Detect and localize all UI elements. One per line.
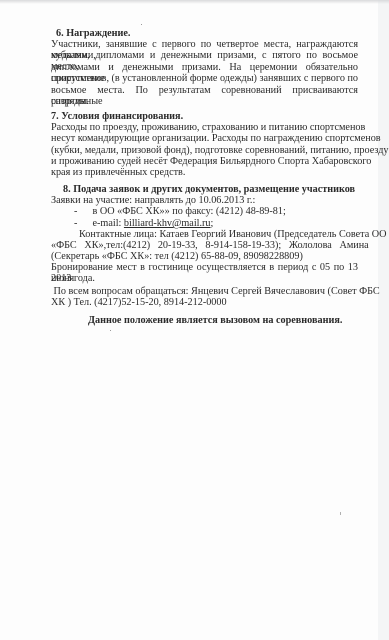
scan-speck — [340, 512, 341, 515]
section-7-line: несут командирующие организации. Расходы… — [51, 133, 381, 144]
questions-line: ХК ) Тел. (4217)52-15-20, 8914-212-0000 — [51, 297, 227, 308]
booking-line: Бронирование мест в гостинице осуществля… — [51, 262, 358, 284]
questions-line: По всем вопросам обращаться: Янцевич Сер… — [51, 286, 358, 297]
section-6-heading: 6. Награждение. — [56, 28, 130, 39]
section-6-line: разряды. — [51, 96, 89, 107]
fax-bullet: - в ОО «ФБС ХК»» по факсу: (4212) 48-89-… — [74, 206, 286, 217]
contacts-line: «ФБС ХК»,тел:(4212) 20-19-33, 8-914-158-… — [51, 240, 358, 251]
section-8-heading: 8. Подача заявок и других документов, ра… — [63, 184, 355, 195]
contacts-line: Контактные лица: Катаев Георгий Иванович… — [79, 229, 387, 240]
bullet-marker: - — [74, 206, 77, 217]
section-7-heading: 7. Условия финансирования. — [51, 111, 183, 122]
section-7-line: (кубки, медали, призовой фонд), подготов… — [51, 145, 388, 156]
email-suffix: ; — [211, 218, 214, 229]
email-label: e-mail: — [93, 218, 124, 229]
email-link[interactable]: billiard-khv@mail.ru — [124, 218, 211, 229]
booking-line: 2013 года. — [51, 273, 95, 284]
bullet-marker: - — [74, 218, 77, 229]
closing-statement: Данное положение является вызовом на сор… — [88, 315, 342, 326]
applications-deadline: Заявки на участие: направлять до 10.06.2… — [51, 195, 255, 206]
section-7-line: края из привлечённых средств. — [51, 167, 185, 178]
section-6-line: спортсменов, (в установленной форме одеж… — [51, 73, 358, 84]
scan-speck — [110, 330, 111, 331]
fax-text: в ОО «ФБС ХК»» по факсу: (4212) 48-89-81… — [93, 206, 286, 217]
contacts-line: (Секретарь «ФБС ХК»: тел (4212) 65-88-09… — [51, 251, 303, 262]
scan-speck — [141, 24, 142, 25]
scan-edge-shadow — [0, 0, 389, 4]
section-7-line: Расходы по проезду, проживанию, страхова… — [51, 122, 365, 133]
email-bullet: - e-mail: billiard-khv@mail.ru; — [74, 218, 213, 229]
document-page: 6. Награждение. Участники, занявшие с пе… — [0, 0, 378, 640]
section-7-line: и проживанию судей несёт Федерация Билья… — [51, 156, 371, 167]
section-6-line: восьмое места. По результатам соревнован… — [51, 85, 358, 107]
